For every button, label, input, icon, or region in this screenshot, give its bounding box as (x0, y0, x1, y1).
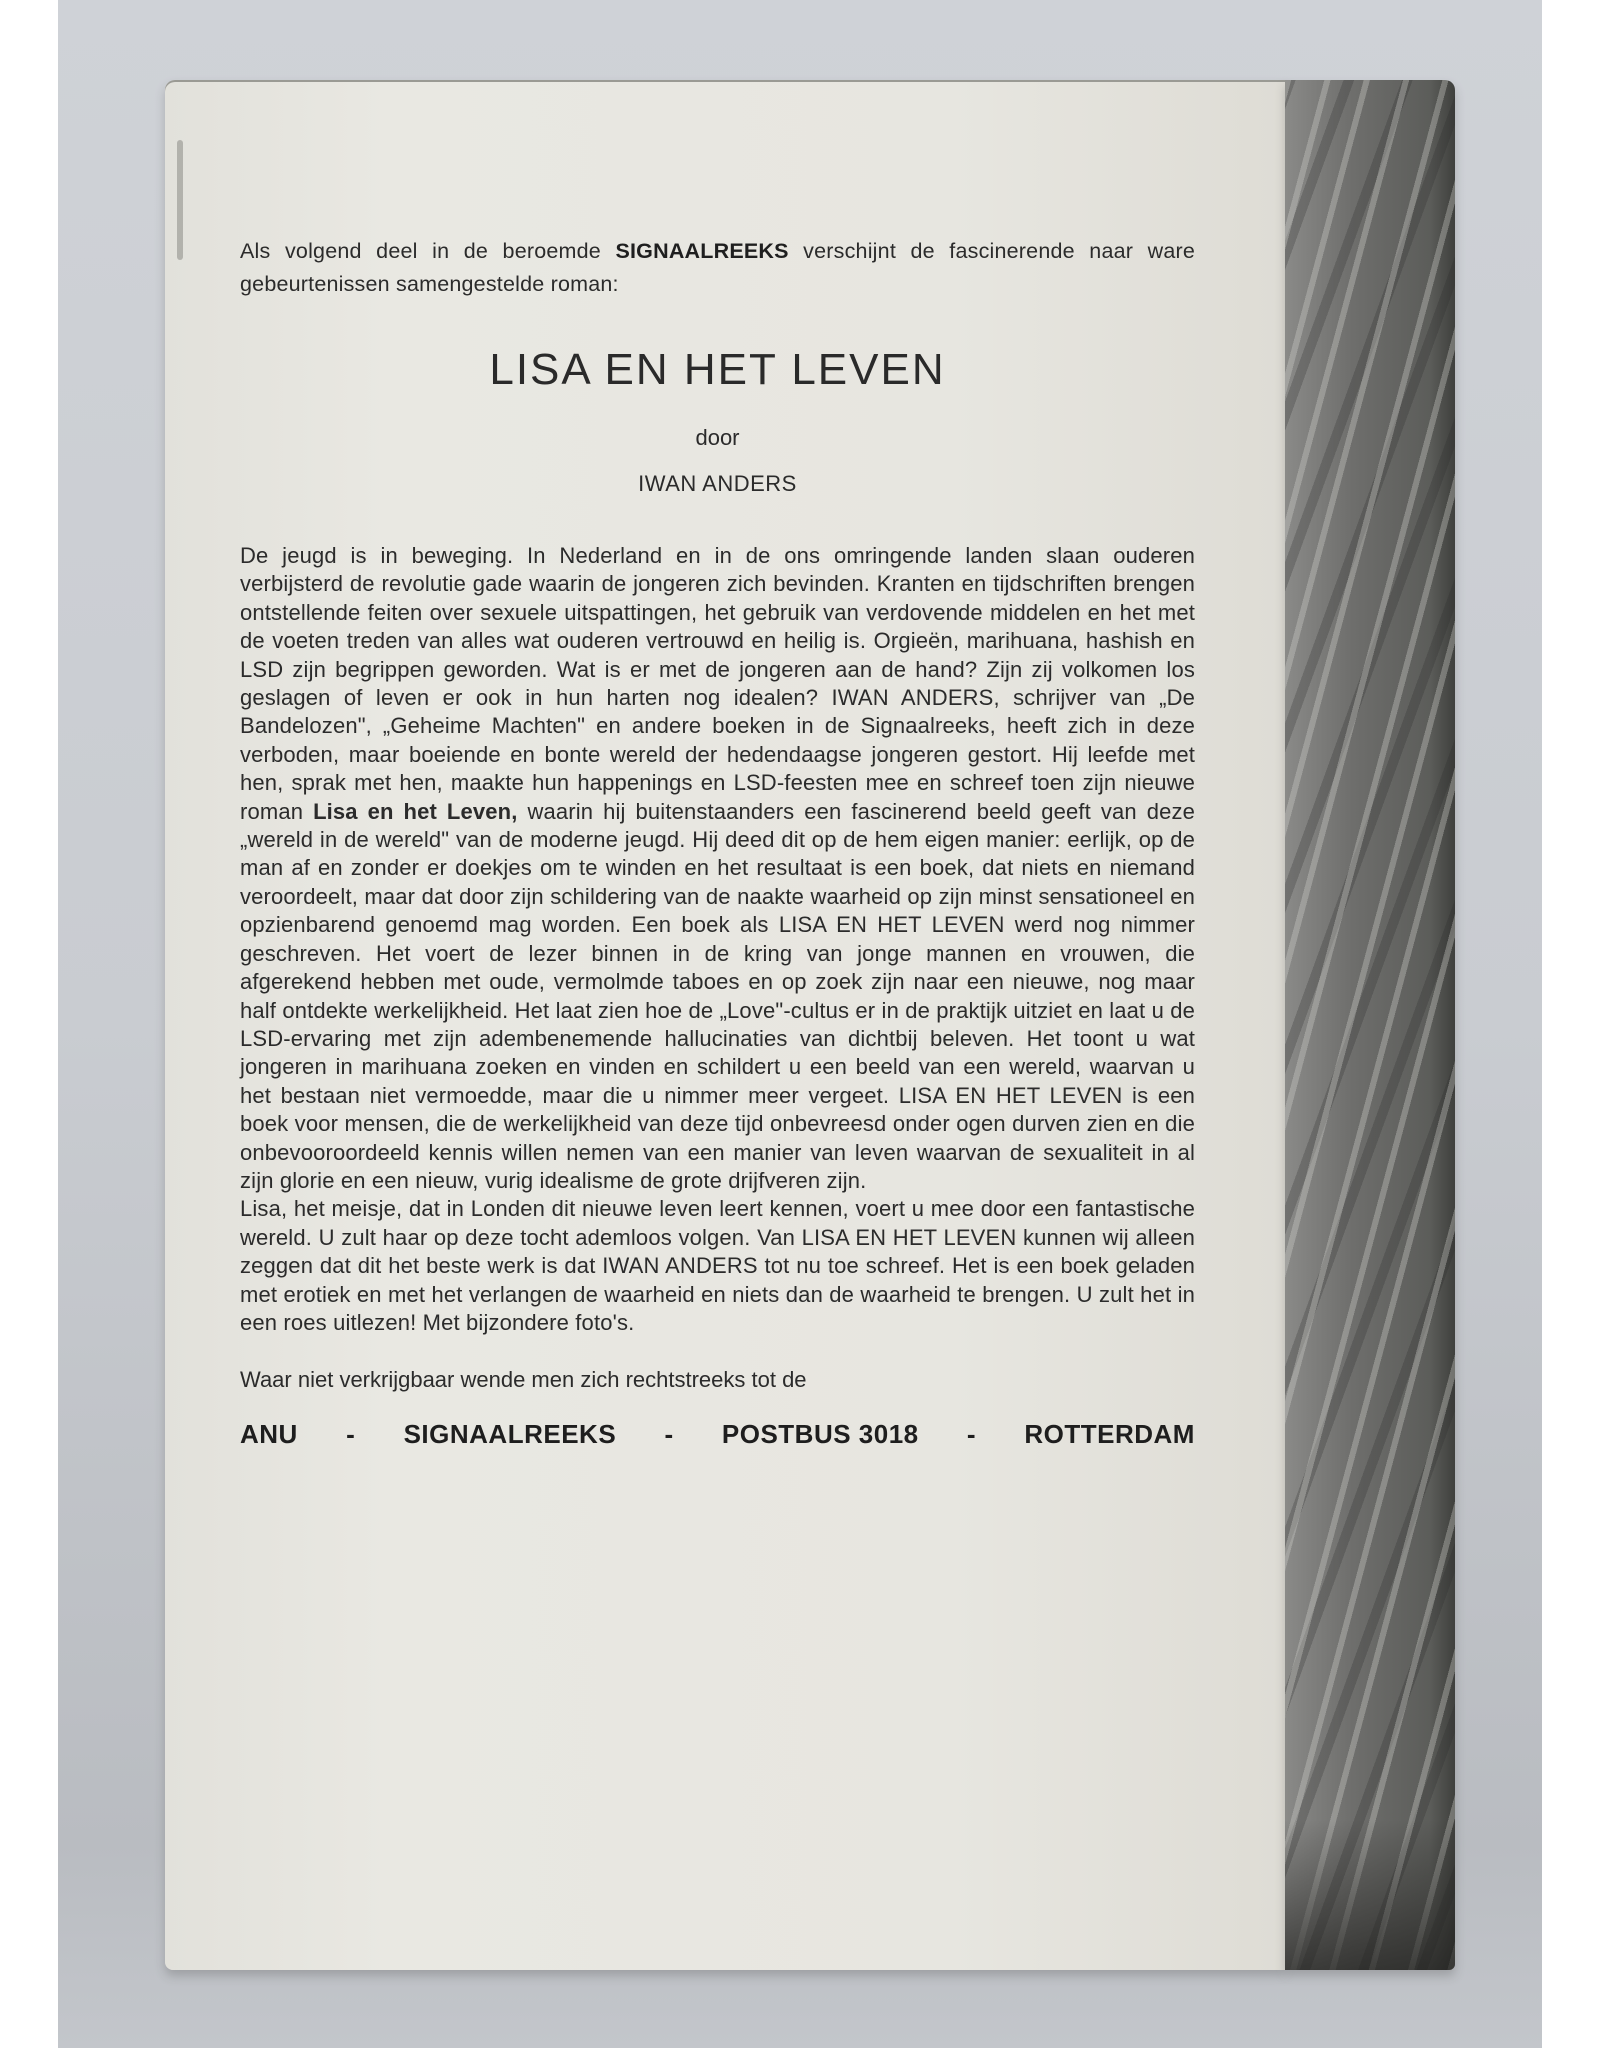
intro-text-before: Als volgend deel in de beroemde (240, 239, 615, 263)
publisher-name: ANU (240, 1419, 298, 1450)
series-name: SIGNAALREEKS (615, 239, 788, 263)
cover-text-block: Als volgend deel in de beroemde SIGNAALR… (240, 235, 1195, 1450)
novel-title-inline: Lisa en het Leven, (313, 799, 517, 824)
by-label: door (240, 425, 1195, 451)
cover-paper: Als volgend deel in de beroemde SIGNAALR… (165, 80, 1285, 1970)
blurb: De jeugd is in beweging. In Nederland en… (240, 542, 1195, 1337)
spine-shadow (1285, 1820, 1455, 1970)
city: ROTTERDAM (1024, 1419, 1195, 1450)
book-back-cover: Als volgend deel in de beroemde SIGNAALR… (165, 80, 1465, 1970)
book-title: LISA EN HET LEVEN (240, 345, 1195, 395)
separator: - (346, 1419, 355, 1450)
book-spine (1285, 80, 1455, 1970)
blurb-part-2: waarin hij buitenstaanders een fascinere… (240, 799, 1195, 1193)
contact-line: Waar niet verkrijgbaar wende men zich re… (240, 1367, 1195, 1393)
separator: - (967, 1419, 976, 1450)
author-name: IWAN ANDERS (240, 471, 1195, 497)
blurb-paragraph-2: Lisa, het meisje, dat in Londen dit nieu… (240, 1195, 1195, 1337)
intro-paragraph: Als volgend deel in de beroemde SIGNAALR… (240, 235, 1195, 301)
blurb-part-1: De jeugd is in beweging. In Nederland en… (240, 543, 1195, 824)
publisher-address: ANU - SIGNAALREEKS - POSTBUS 3018 - ROTT… (240, 1419, 1195, 1450)
series-label: SIGNAALREEKS (404, 1419, 617, 1450)
postbox: POSTBUS 3018 (722, 1419, 919, 1450)
blurb-paragraph-1: De jeugd is in beweging. In Nederland en… (240, 542, 1195, 1195)
separator: - (664, 1419, 673, 1450)
